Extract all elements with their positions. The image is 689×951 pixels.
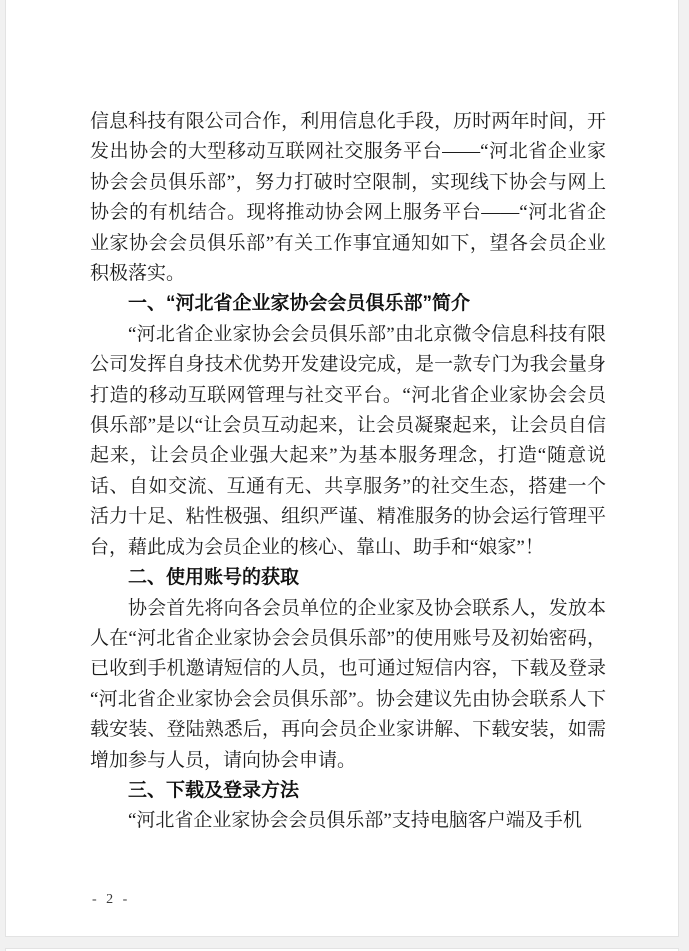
section-2-paragraph: 协会首先将向各会员单位的企业家及协会联系人，发放本人在“河北省企业家协会会员俱乐… [90, 594, 606, 776]
section-3-heading: 三、下载及登录方法 [90, 776, 606, 806]
section-2-heading: 二、使用账号的获取 [90, 563, 606, 593]
page-text-block: 信息科技有限公司合作，利用信息化手段，历时两年时间，开发出协会的大型移动互联网社… [90, 107, 606, 837]
document-page: 信息科技有限公司合作，利用信息化手段，历时两年时间，开发出协会的大型移动互联网社… [5, 0, 679, 937]
paragraph-intro-continuation: 信息科技有限公司合作，利用信息化手段，历时两年时间，开发出协会的大型移动互联网社… [90, 107, 606, 289]
document-viewer: 信息科技有限公司合作，利用信息化手段，历时两年时间，开发出协会的大型移动互联网社… [0, 0, 689, 951]
page-number: - 2 - [92, 892, 130, 908]
section-3-paragraph-partial: “河北省企业家协会会员俱乐部”支持电脑客户端及手机 [90, 806, 606, 836]
section-1-heading: 一、“河北省企业家协会会员俱乐部”简介 [90, 289, 606, 319]
section-1-paragraph: “河北省企业家协会会员俱乐部”由北京微令信息科技有限公司发挥自身技术优势开发建设… [90, 320, 606, 563]
